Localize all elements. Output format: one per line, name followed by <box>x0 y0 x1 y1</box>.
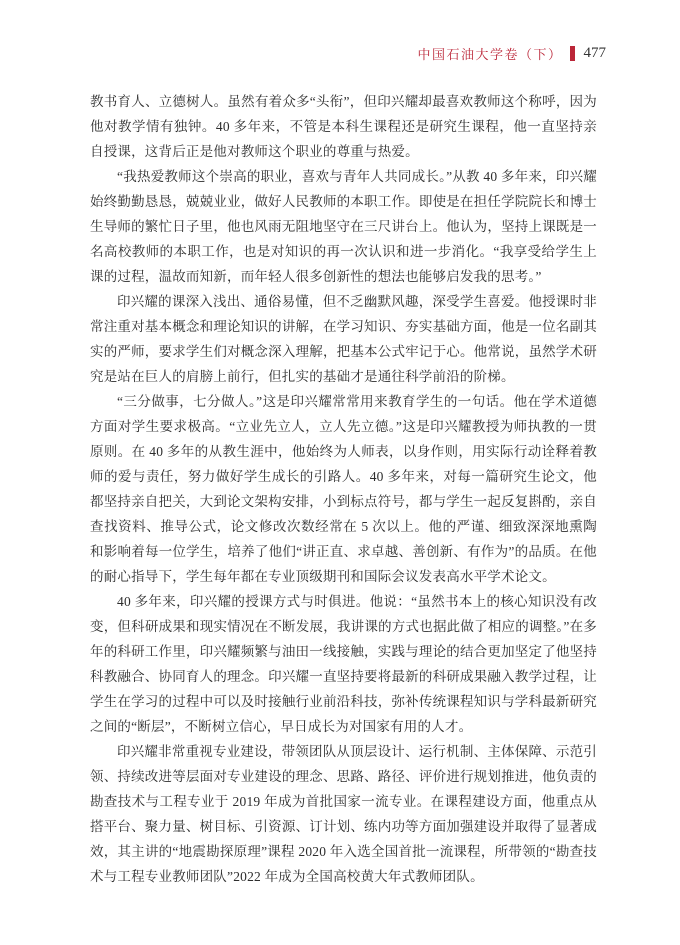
paragraph-continuation: 教书育人、立德树人。虽然有着众多“头衔”，但印兴耀却最喜欢教师这个称呼，因为他对… <box>90 89 597 164</box>
volume-title: 中国石油大学卷（下） <box>417 44 562 63</box>
paragraph: 40 多年来，印兴耀的授课方式与时俱进。他说：“虽然书本上的核心知识没有改变，但… <box>90 589 597 739</box>
paragraph: “三分做事，七分做人。”这是印兴耀常常用来教育学生的一句话。他在学术道德方面对学… <box>90 389 597 589</box>
paragraph: 印兴耀非常重视专业建设，带领团队从顶层设计、运行机制、主体保障、示范引领、持续改… <box>90 739 597 889</box>
paragraph: 印兴耀的课深入浅出、通俗易懂，但不乏幽默风趣，深受学生喜爱。他授课时非常注重对基… <box>90 289 597 389</box>
body-text-column: 教书育人、立德树人。虽然有着众多“头衔”，但印兴耀却最喜欢教师这个称呼，因为他对… <box>90 89 597 889</box>
book-page: 中国石油大学卷（下） 477 教书育人、立德树人。虽然有着众多“头衔”，但印兴耀… <box>0 0 680 945</box>
running-header: 中国石油大学卷（下） 477 <box>417 44 606 63</box>
paragraph: “我热爱教师这个崇高的职业，喜欢与青年人共同成长。”从教 40 多年来，印兴耀始… <box>90 164 597 289</box>
header-divider-bar <box>570 46 575 61</box>
page-number: 477 <box>584 45 607 62</box>
